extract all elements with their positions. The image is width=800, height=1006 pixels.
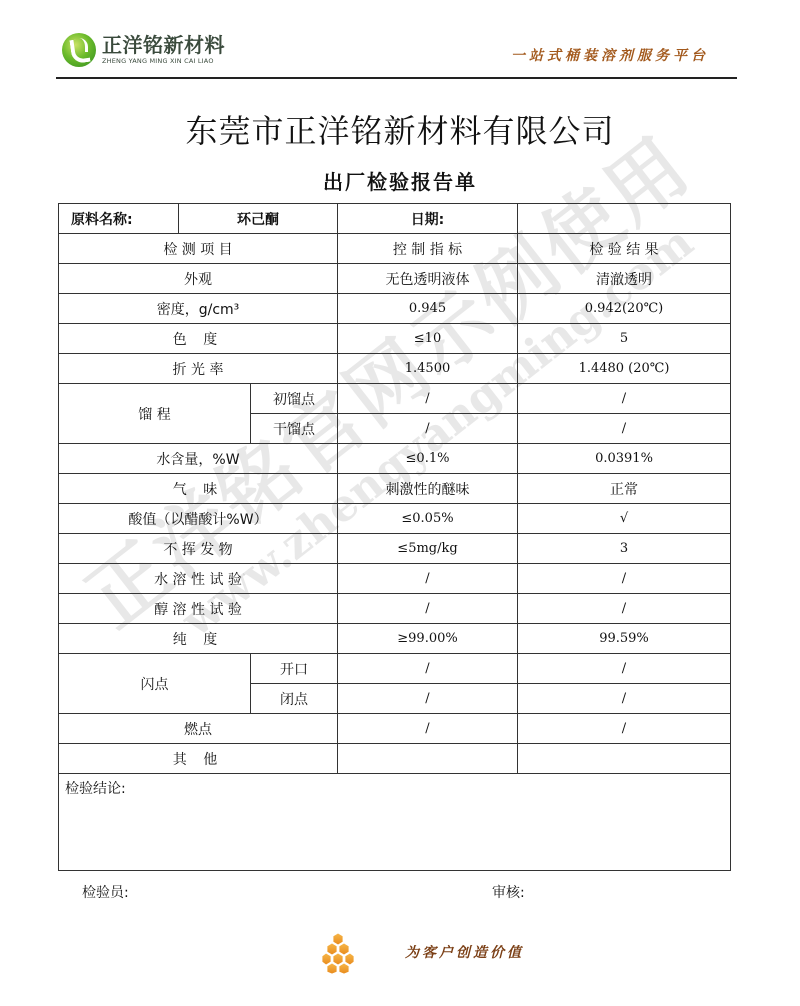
- row-result: /: [518, 384, 731, 414]
- row-result: /: [518, 684, 731, 714]
- row-result: 0.942(20℃): [518, 294, 731, 324]
- honeycomb-icon: [322, 932, 354, 974]
- table-row: 醇 溶 性 试 验 / /: [59, 594, 731, 624]
- row-item: 色 度: [59, 324, 338, 354]
- table-row: 外观 无色透明液体 清澈透明: [59, 264, 731, 294]
- row-spec: 1.4500: [338, 354, 518, 384]
- logo-leaf-icon: [62, 33, 96, 67]
- row-subitem: 初馏点: [251, 384, 338, 414]
- material-label: 原料名称:: [59, 204, 179, 234]
- row-spec: ≥99.00%: [338, 624, 518, 654]
- row-result: 3: [518, 534, 731, 564]
- row-item: 不 挥 发 物: [59, 534, 338, 564]
- column-header-row: 检 测 项 目 控 制 指 标 检 验 结 果: [59, 234, 731, 264]
- conclusion-label: 检验结论:: [65, 781, 126, 797]
- row-item: 水含量，%W: [59, 444, 338, 474]
- row-spec: /: [338, 414, 518, 444]
- row-spec: /: [338, 714, 518, 744]
- inspection-report-table: 原料名称: 环己酮 日期: 检 测 项 目 控 制 指 标 检 验 结 果 外观…: [58, 203, 731, 871]
- header-slogan: 一站式桶装溶剂服务平台: [511, 45, 709, 65]
- column-header-result: 检 验 结 果: [518, 234, 731, 264]
- row-item: 水 溶 性 试 验: [59, 564, 338, 594]
- row-spec: ≤5mg/kg: [338, 534, 518, 564]
- row-result: /: [518, 564, 731, 594]
- inspector-label: 检验员:: [82, 882, 129, 902]
- document-title: 出厂检验报告单: [0, 166, 800, 195]
- row-spec: /: [338, 684, 518, 714]
- row-result: 5: [518, 324, 731, 354]
- row-result: √: [518, 504, 731, 534]
- company-name: 东莞市正洋铭新材料有限公司: [0, 106, 800, 152]
- row-item: 馏 程: [59, 384, 251, 444]
- row-item: 外观: [59, 264, 338, 294]
- row-spec: /: [338, 384, 518, 414]
- company-logo: 正洋铭新材料 ZHENG YANG MING XIN CAI LIAO: [62, 30, 262, 70]
- row-item: 酸值（以醋酸计%W）: [59, 504, 338, 534]
- row-spec: /: [338, 564, 518, 594]
- column-header-spec: 控 制 指 标: [338, 234, 518, 264]
- row-spec: ≤10: [338, 324, 518, 354]
- footer-slogan: 为客户创造价值: [405, 942, 524, 962]
- table-row: 水 溶 性 试 验 / /: [59, 564, 731, 594]
- row-subitem: 开口: [251, 654, 338, 684]
- material-value: 环己酮: [179, 204, 338, 234]
- table-row: 折 光 率 1.4500 1.4480 (20℃): [59, 354, 731, 384]
- row-item: 折 光 率: [59, 354, 338, 384]
- table-row: 密度，g/cm³ 0.945 0.942(20℃): [59, 294, 731, 324]
- logo-text-en: ZHENG YANG MING XIN CAI LIAO: [102, 58, 225, 65]
- row-subitem: 闭点: [251, 684, 338, 714]
- row-spec: /: [338, 594, 518, 624]
- row-result: 清澈透明: [518, 264, 731, 294]
- row-result: 1.4480 (20℃): [518, 354, 731, 384]
- row-spec: 0.945: [338, 294, 518, 324]
- row-spec: ≤0.05%: [338, 504, 518, 534]
- row-result: [518, 744, 731, 774]
- conclusion-field[interactable]: 检验结论:: [59, 774, 731, 871]
- date-label: 日期:: [338, 204, 518, 234]
- page-header: 正洋铭新材料 ZHENG YANG MING XIN CAI LIAO 一站式桶…: [40, 0, 737, 80]
- row-subitem: 干馏点: [251, 414, 338, 444]
- row-result: /: [518, 654, 731, 684]
- table-row: 纯 度 ≥99.00% 99.59%: [59, 624, 731, 654]
- row-spec: /: [338, 654, 518, 684]
- logo-text-cn: 正洋铭新材料: [102, 35, 225, 55]
- header-divider: [56, 77, 737, 79]
- row-result: /: [518, 714, 731, 744]
- row-spec: 无色透明液体: [338, 264, 518, 294]
- row-result: 99.59%: [518, 624, 731, 654]
- column-header-item: 检 测 项 目: [59, 234, 338, 264]
- table-row: 水含量，%W ≤0.1% 0.0391%: [59, 444, 731, 474]
- table-row: 不 挥 发 物 ≤5mg/kg 3: [59, 534, 731, 564]
- table-row: 其 他: [59, 744, 731, 774]
- row-item: 纯 度: [59, 624, 338, 654]
- date-value: [518, 204, 731, 234]
- row-spec: 刺激性的醚味: [338, 474, 518, 504]
- row-result: /: [518, 414, 731, 444]
- reviewer-label: 审核:: [492, 882, 525, 902]
- row-result: 0.0391%: [518, 444, 731, 474]
- row-item: 气 味: [59, 474, 338, 504]
- conclusion-row: 检验结论:: [59, 774, 731, 871]
- row-item: 醇 溶 性 试 验: [59, 594, 338, 624]
- table-row: 闪点 开口 / /: [59, 654, 731, 684]
- row-spec: ≤0.1%: [338, 444, 518, 474]
- table-row: 馏 程 初馏点 / /: [59, 384, 731, 414]
- table-row: 酸值（以醋酸计%W） ≤0.05% √: [59, 504, 731, 534]
- info-row: 原料名称: 环己酮 日期:: [59, 204, 731, 234]
- table-row: 燃点 / /: [59, 714, 731, 744]
- row-item: 其 他: [59, 744, 338, 774]
- page-footer: 为客户创造价值: [0, 928, 800, 978]
- table-row: 色 度 ≤10 5: [59, 324, 731, 354]
- row-result: /: [518, 594, 731, 624]
- row-item: 燃点: [59, 714, 338, 744]
- row-result: 正常: [518, 474, 731, 504]
- row-item: 闪点: [59, 654, 251, 714]
- row-spec: [338, 744, 518, 774]
- table-row: 气 味 刺激性的醚味 正常: [59, 474, 731, 504]
- row-item: 密度，g/cm³: [59, 294, 338, 324]
